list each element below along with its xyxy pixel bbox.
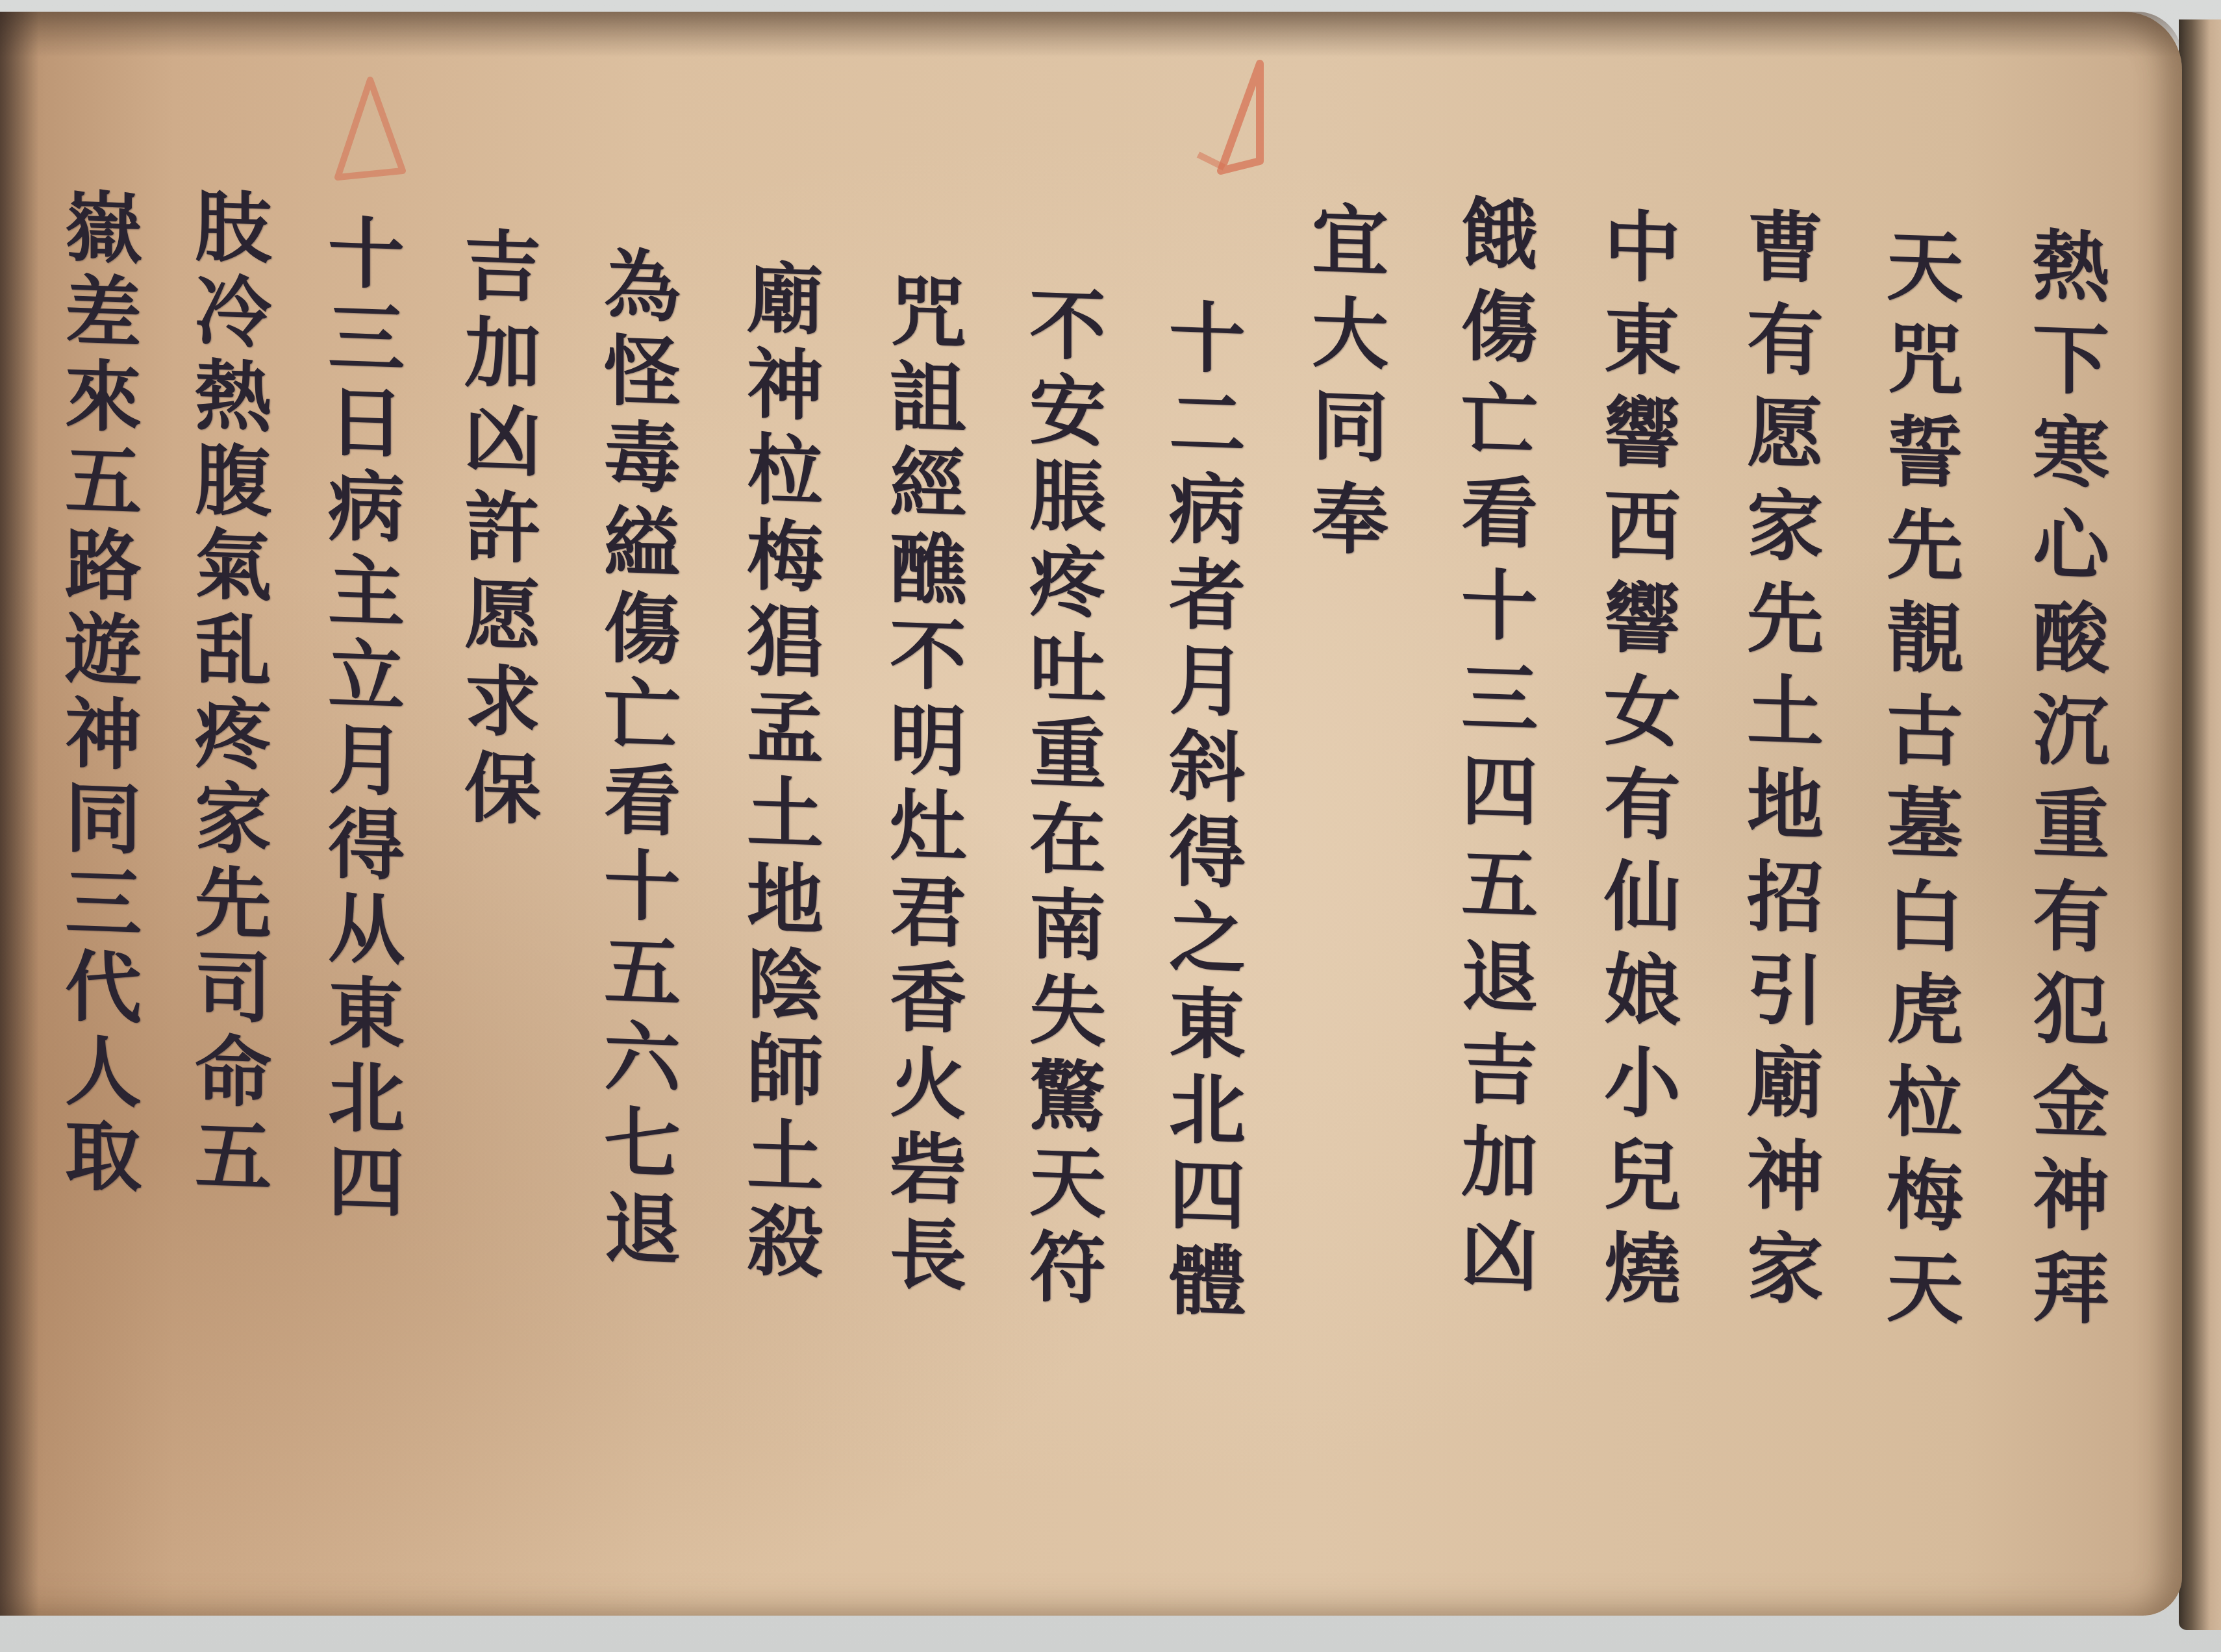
text-column-10: 廟神柆梅猖孟土地陰師土殺 [740, 257, 817, 1288]
text-column-5: 餓傷亡看十三四五退吉加凶 [1455, 192, 1531, 1309]
manuscript-page: 熱下寒心酸沉重有犯金神拜 天咒誓先靚古墓白虎柆梅天 曹有愿家先土地招引廟神家 中… [0, 12, 2182, 1616]
text-column-8: 不安脹疼吐重在南失驚天符 [1023, 283, 1099, 1314]
text-column-4: 中東響西響女有仙娘小兒燒 [1598, 205, 1674, 1322]
text-column-6: 宜大同奉 [1305, 199, 1382, 573]
text-column-3: 曹有愿家先土地招引廟神家 [1740, 205, 1817, 1322]
red-triangle-mark-icon [325, 73, 429, 190]
text-column-7: 十二病者月斜得之東北四體 [1162, 296, 1239, 1327]
text-column-11: 為怪毒縊傷亡看十五六七退 [597, 244, 674, 1275]
adjacent-page-edge [2179, 19, 2221, 1630]
text-column-2: 天咒誓先靚古墓白虎柆梅天 [1880, 225, 1957, 1342]
text-column-9: 咒詛經醮不明灶君香火砦長 [883, 270, 960, 1301]
text-column-15: 嶽差來五路遊神同三代人取 [58, 186, 135, 1201]
text-column-12: 吉加凶許愿求保 [458, 225, 534, 836]
text-column-1: 熱下寒心酸沉重有犯金神拜 [2026, 225, 2103, 1342]
photo-background: 熱下寒心酸沉重有犯金神拜 天咒誓先靚古墓白虎柆梅天 曹有愿家先土地招引廟神家 中… [0, 0, 2221, 1652]
text-column-14: 肢冷熱腹氣乱疼家先司命五 [188, 186, 265, 1201]
red-triangle-mark-icon [1162, 57, 1279, 187]
text-column-13: 十三日病主立月得从東北四 [321, 212, 398, 1227]
